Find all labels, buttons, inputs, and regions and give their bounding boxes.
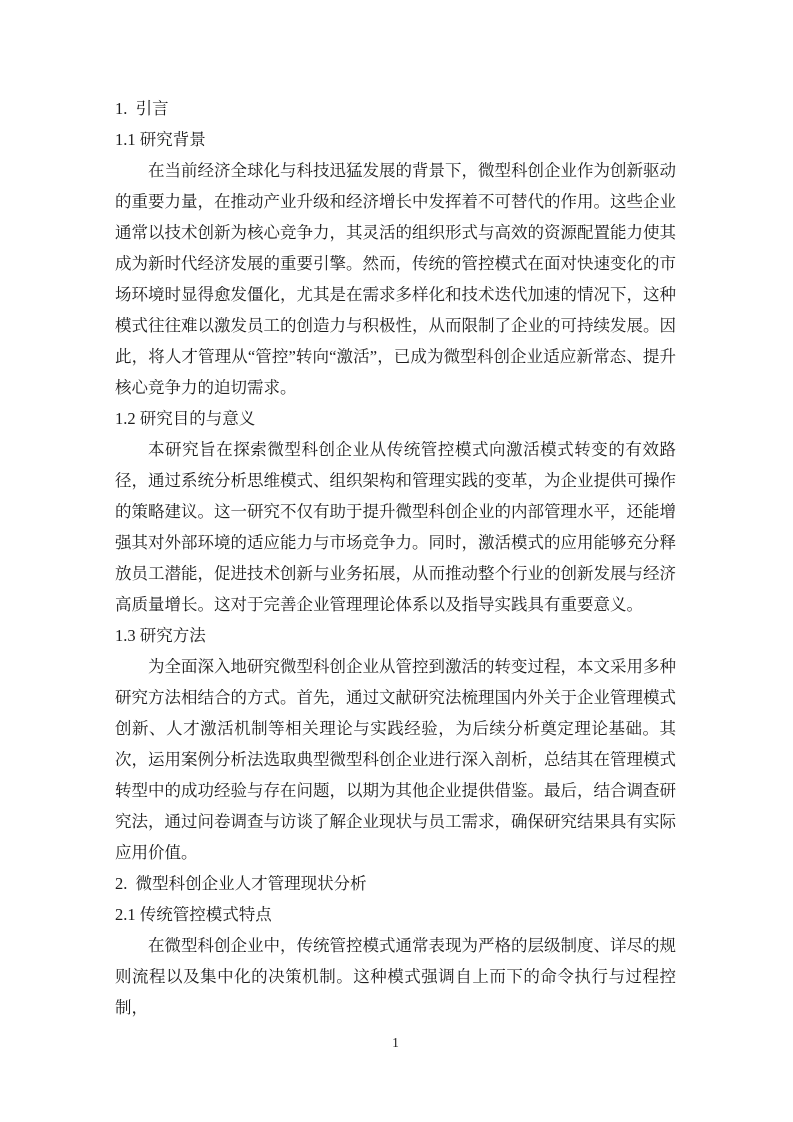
paragraph: 在当前经济全球化与科技迅猛发展的背景下，微型科创企业作为创新驱动的重要力量，在推…: [115, 155, 676, 403]
section-heading: 1.2 研究目的与意义: [115, 403, 676, 434]
paragraph: 本研究旨在探索微型科创企业从传统管控模式向激活模式转变的有效路径，通过系统分析思…: [115, 434, 676, 620]
section-heading: 2.1 传统管控模式特点: [115, 899, 676, 930]
document-body: 1. 引言1.1 研究背景在当前经济全球化与科技迅猛发展的背景下，微型科创企业作…: [115, 93, 676, 1023]
paragraph: 为全面深入地研究微型科创企业从管控到激活的转变过程，本文采用多种研究方法相结合的…: [115, 651, 676, 868]
section-heading: 1.1 研究背景: [115, 124, 676, 155]
document-page: 1. 引言1.1 研究背景在当前经济全球化与科技迅猛发展的背景下，微型科创企业作…: [0, 0, 793, 1122]
page-number: 1: [115, 1033, 676, 1053]
section-heading: 1.3 研究方法: [115, 620, 676, 651]
section-heading: 2. 微型科创企业人才管理现状分析: [115, 868, 676, 899]
paragraph: 在微型科创企业中，传统管控模式通常表现为严格的层级制度、详尽的规则流程以及集中化…: [115, 930, 676, 1023]
section-heading: 1. 引言: [115, 93, 676, 124]
